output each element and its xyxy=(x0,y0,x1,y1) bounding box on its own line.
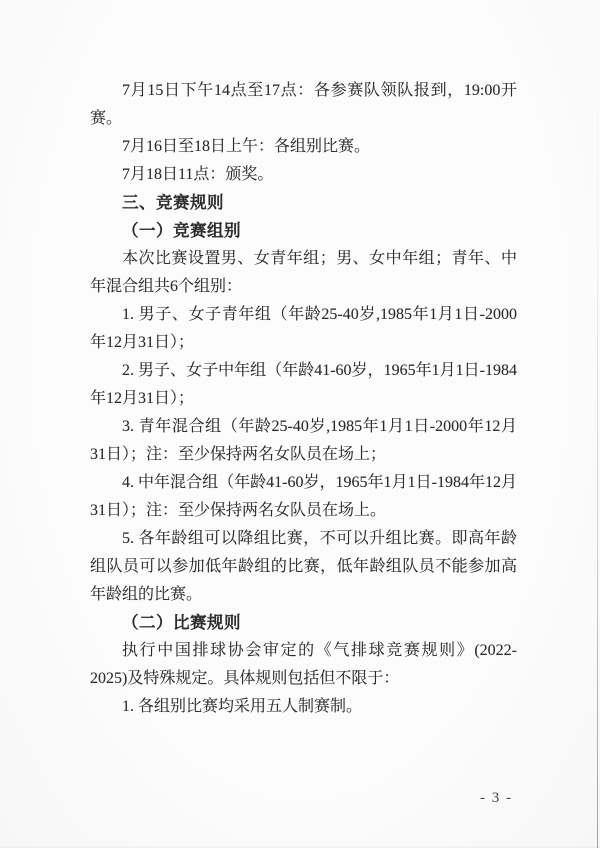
heading-competition-groups: （一）竞赛组别 xyxy=(90,217,517,245)
paragraph-group-2-middle: 2. 男子、女子中年组（年龄41-60岁，1965年1月1日-1984年12月3… xyxy=(90,357,517,413)
paragraph-group-1-youth: 1. 男子、女子青年组（年龄25-40岁,1985年1月1日-2000年12月3… xyxy=(90,301,517,357)
paragraph-group-3-youth-mixed: 3. 青年混合组（年龄25-40岁,1985年1月1日-2000年12月31日）… xyxy=(90,413,517,469)
paragraph-group-4-middle-mixed: 4. 中年混合组（年龄41-60岁，1965年1月1日-1984年12月31日）… xyxy=(90,469,517,525)
scanned-document-page: 7月15日下午14点至17点：各参赛队领队报到，19:00开赛。 7月16日至1… xyxy=(0,0,600,848)
paragraph-schedule-matches: 7月16日至18日上午：各组别比赛。 xyxy=(90,133,517,161)
page-number: - 3 - xyxy=(480,790,513,807)
paragraph-group-5-age-rule: 5. 各年龄组可以降组比赛，不可以升组比赛。即高年龄组队员可以参加低年龄组的比赛… xyxy=(90,525,517,609)
document-content: 7月15日下午14点至17点：各参赛队领队报到，19:00开赛。 7月16日至1… xyxy=(90,77,517,721)
paragraph-schedule-checkin: 7月15日下午14点至17点：各参赛队领队报到，19:00开赛。 xyxy=(90,77,517,133)
scan-edge-artifact xyxy=(597,0,599,848)
heading-competition-rules: 三、竞赛规则 xyxy=(90,189,517,217)
paragraph-rule-1-five-player: 1. 各组别比赛均采用五人制赛制。 xyxy=(90,693,517,721)
paragraph-rules-basis: 执行中国排球协会审定的《气排球竞赛规则》(2022-2025)及特殊规定。具体规… xyxy=(90,637,517,693)
paragraph-groups-overview: 本次比赛设置男、女青年组；男、女中年组；青年、中年混合组共6个组别： xyxy=(90,245,517,301)
heading-match-rules: （二）比赛规则 xyxy=(90,609,517,637)
paragraph-schedule-awards: 7月18日11点：颁奖。 xyxy=(90,161,517,189)
